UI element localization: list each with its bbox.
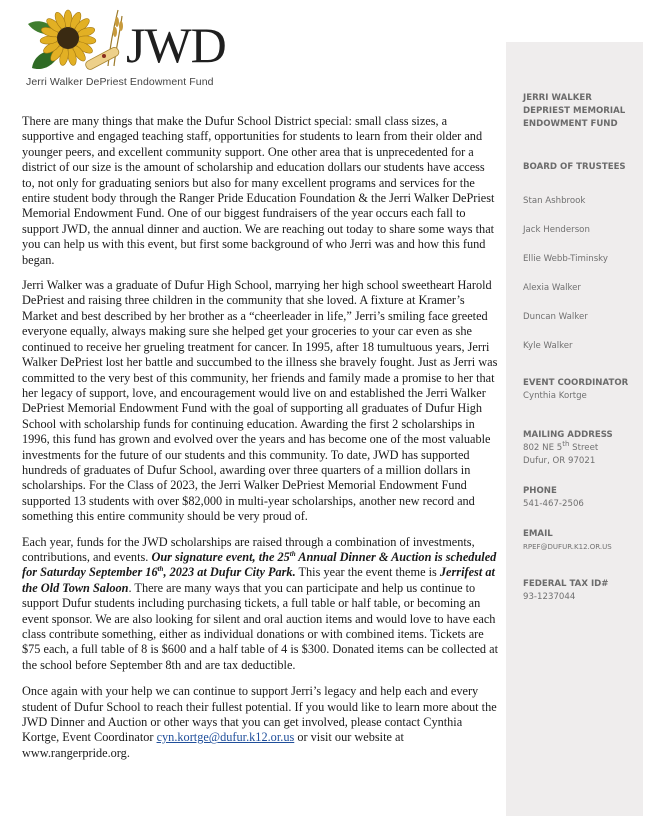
paragraph-closing: Once again with your help we can continu… [22, 684, 498, 761]
coordinator-email-link[interactable]: cyn.kortge@dufur.k12.or.us [157, 730, 295, 744]
sidebar-email: RPEF@DUFUR.K12.OR.US [523, 541, 638, 554]
trustee-item: Alexia Walker [523, 282, 581, 295]
trustee-item: Kyle Walker [523, 340, 573, 353]
paragraph-event: Each year, funds for the JWD scholarship… [22, 535, 498, 674]
mailing-address-section: MAILING ADDRESS 802 NE 5th Street Dufur,… [523, 429, 638, 468]
trustee-item: Duncan Walker [523, 311, 588, 324]
theme-intro-text: This year the event theme is [296, 565, 440, 579]
board-heading: BOARD OF TRUSTEES [523, 161, 638, 174]
letter-body: There are many things that make the Dufu… [22, 114, 498, 771]
paragraph-history: Jerri Walker was a graduate of Dufur Hig… [22, 278, 498, 525]
phone-section: PHONE 541-467-2506 [523, 485, 638, 511]
logo-monogram: JWD [126, 20, 226, 70]
trustee-item: Stan Ashbrook [523, 195, 585, 208]
email-section: EMAIL RPEF@DUFUR.K12.OR.US [523, 528, 638, 554]
trustee-item: Ellie Webb-Timinsky [523, 253, 608, 266]
logo-tagline: Jerri Walker DePriest Endowment Fund [26, 76, 214, 88]
sidebar-info-panel: JERRI WALKER DEPRIEST MEMORIAL ENDOWMENT… [506, 42, 643, 816]
paragraph-intro: There are many things that make the Dufu… [22, 114, 498, 268]
org-title: JERRI WALKER DEPRIEST MEMORIAL ENDOWMENT… [523, 92, 638, 131]
sunflower-icon [22, 6, 132, 78]
jwd-logo: JWD Jerri Walker DePriest Endowment Fund [22, 6, 212, 90]
trustee-item: Jack Henderson [523, 224, 590, 237]
federal-tax-section: FEDERAL TAX ID# 93-1237044 [523, 578, 638, 604]
event-coordinator-section: EVENT COORDINATOR Cynthia Kortge [523, 377, 638, 403]
